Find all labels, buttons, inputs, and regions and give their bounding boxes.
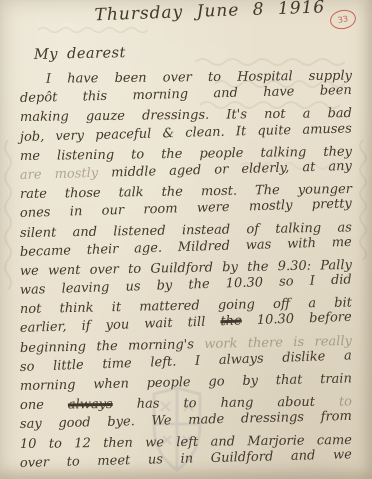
struck-word: always bbox=[68, 397, 113, 412]
struck-word: the bbox=[220, 314, 242, 330]
letter-line-segment: are mostly bbox=[20, 166, 99, 183]
letter-date: Thursday June 8 1916 bbox=[20, 0, 352, 28]
ink-bleedthrough-squiggle bbox=[2, 140, 14, 290]
letter-line-segment: one bbox=[20, 398, 44, 413]
letter-line-segment: beginning the morning's bbox=[20, 337, 194, 356]
ink-bleedthrough-squiggle bbox=[357, 140, 369, 260]
letter-line-segment: 10.30 before bbox=[257, 310, 352, 328]
letter-header: Thursday June 8 1916 33 bbox=[20, 8, 352, 40]
letter-page: Thursday June 8 1916 33 My dearest I hav… bbox=[0, 0, 372, 479]
page-number: 33 bbox=[337, 14, 349, 25]
letter-line-segment: to bbox=[339, 395, 352, 410]
letter-body: I have been over to Hospital supplydepôt… bbox=[20, 72, 352, 475]
